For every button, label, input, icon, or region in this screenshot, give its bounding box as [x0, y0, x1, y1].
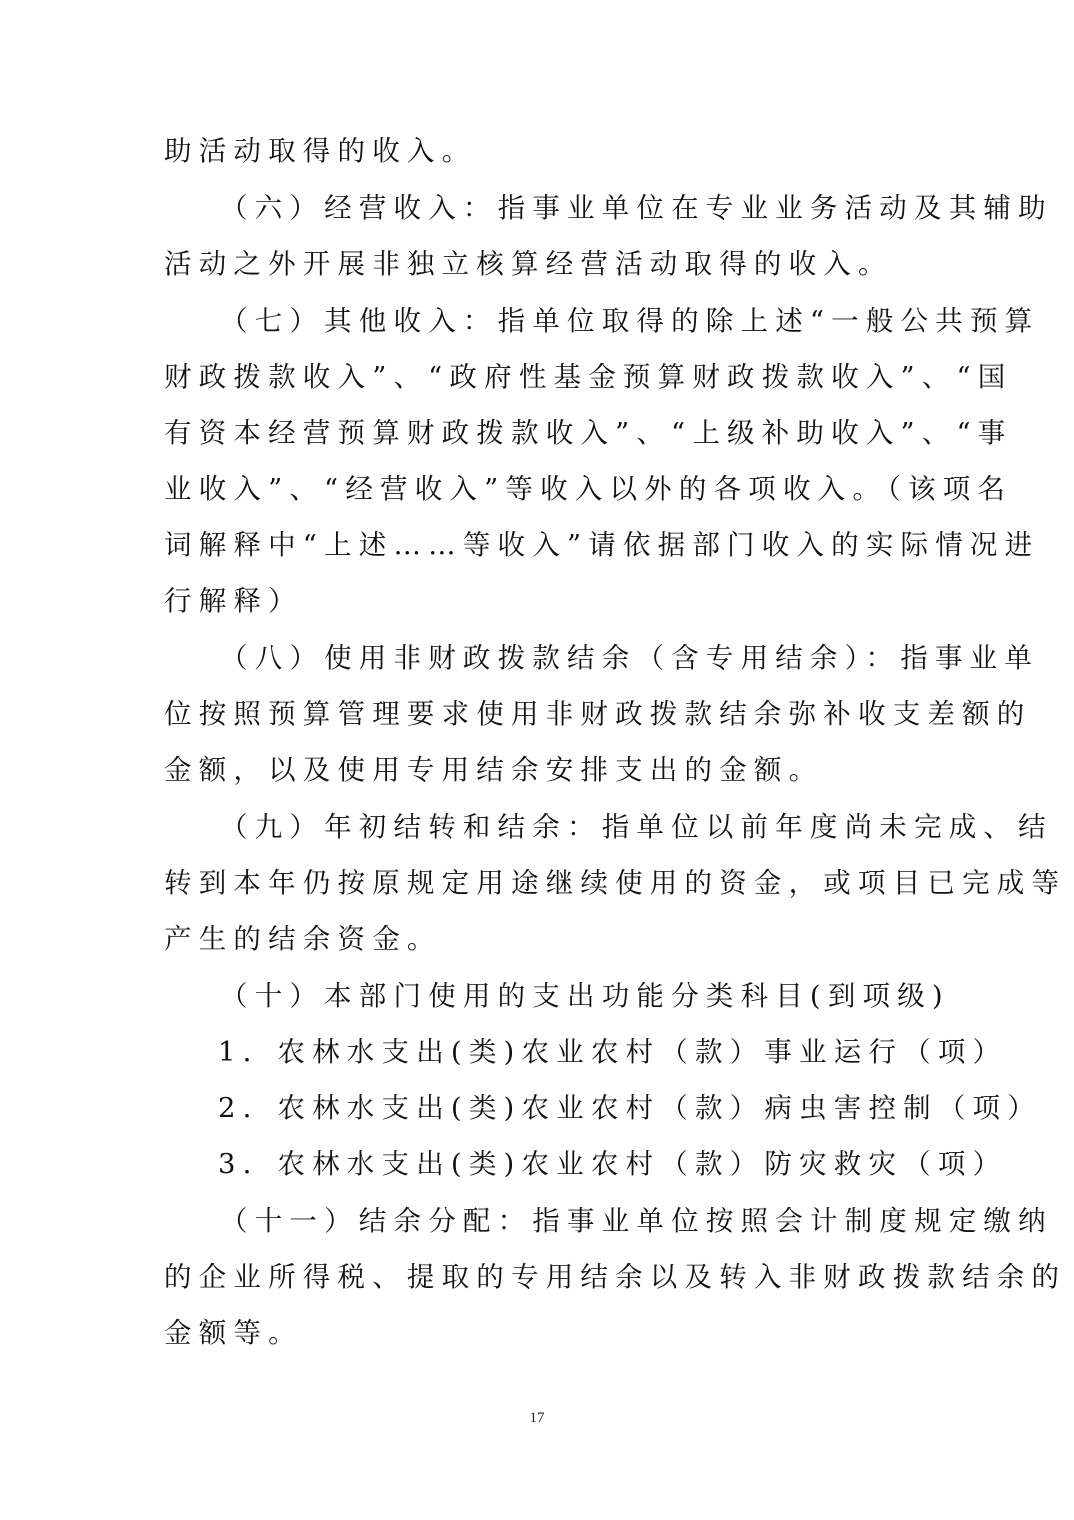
text-line: 业收入”、“经营收入”等收入以外的各项收入。（该项名	[164, 469, 924, 509]
text-line: 词解释中“上述……等收入”请依据部门收入的实际情况进	[164, 525, 924, 565]
list-item: 2．农林水支出(类)农业农村（款）病虫害控制（项）	[218, 1088, 978, 1128]
text-line: 的企业所得税、提取的专用结余以及转入非财政拨款结余的	[164, 1257, 924, 1297]
text-line: （七）其他收入：指单位取得的除上述“一般公共预算	[220, 301, 980, 341]
text-line: 转到本年仍按原规定用途继续使用的资金，或项目已完成等	[164, 863, 924, 903]
text-line: 财政拨款收入”、“政府性基金预算财政拨款收入”、“国	[164, 357, 924, 397]
page-number: 17	[0, 1408, 1074, 1428]
text-line: （十一）结余分配：指事业单位按照会计制度规定缴纳	[220, 1201, 980, 1241]
text-line: 金额，以及使用专用结余安排支出的金额。	[164, 750, 924, 790]
text-line: （八）使用非财政拨款结余（含专用结余）：指事业单	[220, 638, 980, 678]
text-line: 有资本经营预算财政拨款收入”、“上级补助收入”、“事	[164, 413, 924, 453]
text-line: （六）经营收入：指事业单位在专业业务活动及其辅助	[220, 188, 980, 228]
section-heading: （十）本部门使用的支出功能分类科目(到项级)	[220, 976, 980, 1016]
text-line: 行解释）	[164, 581, 924, 621]
text-line: 助活动取得的收入。	[164, 131, 924, 171]
text-line: 金额等。	[164, 1313, 924, 1353]
text-line: 产生的结余资金。	[164, 919, 924, 959]
document-page: 助活动取得的收入。 （六）经营收入：指事业单位在专业业务活动及其辅助 活动之外开…	[0, 0, 1074, 1520]
list-item: 1．农林水支出(类)农业农村（款）事业运行（项）	[218, 1032, 978, 1072]
list-item: 3．农林水支出(类)农业农村（款）防灾救灾（项）	[218, 1144, 978, 1184]
text-line: 活动之外开展非独立核算经营活动取得的收入。	[164, 244, 924, 284]
text-line: 位按照预算管理要求使用非财政拨款结余弥补收支差额的	[164, 694, 924, 734]
text-line: （九）年初结转和结余：指单位以前年度尚未完成、结	[220, 807, 980, 847]
